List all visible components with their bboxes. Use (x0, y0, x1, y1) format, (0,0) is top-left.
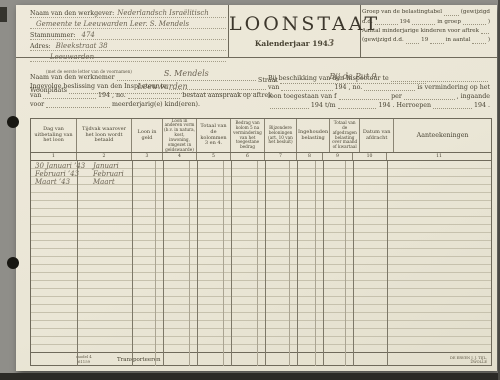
dotted-fill (339, 94, 390, 100)
dotted-fill (406, 38, 419, 44)
col-num: 5 (197, 153, 231, 160)
herroepen-d: Herroepen (397, 103, 432, 109)
stamnummer-line: Stamnummer: 474 (30, 30, 226, 40)
tax-line1: Groep van de belastingtabel (gewijzigd (362, 10, 490, 16)
herroepen-line: 194 t/m 194 . Herroepen 194 . (268, 103, 490, 109)
table-body-ruled-area: 30 Januari ’43 Januari Februari ’43 Febr… (31, 161, 491, 352)
entry-period: Februari (93, 170, 124, 178)
vermindering-line: van 194 , no. is vermindering op het (268, 85, 490, 91)
kinderen-pre: voor (30, 102, 44, 108)
col-header-special: Bijzondere beloningen (art. 10 van het b… (265, 119, 297, 152)
employer-name-line2: Gemeente te Leeuwarden Leer. S. Mendels (30, 19, 226, 29)
dotted-fill (128, 93, 181, 99)
inspecteur-label: Ingevolge beslissing van den Inspecteur … (30, 84, 167, 90)
scanned-document-scene: Naam van den werkgever: Nederlandsch Isr… (0, 0, 500, 380)
table-lower: 30 Januari ’43 Januari Februari ’43 Febr… (31, 161, 491, 366)
col-num: 6 (231, 153, 265, 160)
tax-line2-mid: 194 (400, 20, 411, 26)
table-column-line (231, 161, 232, 366)
cents-divider-line (223, 161, 224, 366)
vermindering-post: is vermindering op het (417, 85, 490, 91)
table-column-line (265, 161, 266, 366)
wage-table: Dag van uitbetaling van het loon Tijdvak… (30, 118, 492, 366)
tax-line4-pre: (gewijzigd d.d. (362, 38, 404, 44)
stamnummer-value: 474 (81, 32, 94, 39)
col-header-wage-money: Loon in geld (132, 119, 163, 152)
dotted-fill (412, 19, 435, 25)
loon-pre: loon toegestaan van f (268, 94, 337, 100)
tax-line2-post: in groep (437, 20, 461, 26)
col-header-withheld-tax: Ingehouden belasting (297, 119, 330, 152)
col-header-payday: Dag van uitbetaling van het loon (31, 119, 77, 152)
tax-line3-label: Aantal minderjarige kinderen voor aftrek (362, 29, 479, 35)
calendar-year-label: Kalenderjaar 194 (255, 39, 328, 48)
dotted-fill (481, 28, 489, 34)
aanspraak-pre: van (30, 93, 41, 99)
table-column-line (77, 161, 78, 366)
adres-label: Adres: (30, 44, 51, 50)
entry-payday: Februari ’43 (35, 170, 79, 178)
kinderen-line: voor meerderjarig(e) kind(eren). (30, 102, 200, 108)
herroepen-a: 194 (311, 103, 323, 109)
adres-value: Bleekstraat 38 (56, 43, 108, 50)
dotted-fill (338, 103, 377, 109)
col-header-tax-total: Totaal van de afgedragen belasting over … (330, 119, 360, 152)
beschikking-line: Bij beschikking van den Inspecteur te (268, 76, 490, 82)
wage-table-header: Dag van uitbetaling van het loon Tijdvak… (31, 119, 491, 153)
col-num: 3 (132, 153, 163, 160)
title-block: LOONSTAAT Kalenderjaar 1943 (228, 5, 361, 58)
employer-block: Naam van den werkgever: Nederlandsch Isr… (30, 8, 226, 63)
loon-post: , ingaande (457, 94, 490, 100)
cents-divider-line (345, 161, 346, 366)
table-column-line (163, 161, 164, 366)
adres-line: Adres: Bleekstraat 38 (30, 41, 226, 51)
tax-line2-close: ) (488, 20, 490, 26)
dotted-fill (364, 85, 415, 91)
scan-edge-shadow (0, 373, 500, 380)
printer-line2: ZWOLLE (450, 360, 487, 364)
dotted-fill (463, 19, 486, 25)
table-column-line (387, 161, 388, 366)
tax-line3: Aantal minderjarige kinderen voor aftrek (362, 28, 490, 34)
table-column-line (353, 161, 354, 366)
employer-name-line: Naam van den werkgever: Nederlandsch Isr… (30, 8, 226, 18)
dotted-fill (444, 10, 459, 16)
col-num: 9 (323, 153, 353, 160)
herroepen-e: 194 . (474, 103, 490, 109)
table-column-line (132, 161, 133, 366)
herroepen-b: t/m (325, 103, 336, 109)
cents-divider-line (289, 161, 290, 366)
col-num: 2 (77, 153, 132, 160)
column-number-row: 1 2 3 4 5 6 7 8 9 10 11 (31, 153, 491, 161)
table-row: Maart ’43 Maart (31, 178, 491, 187)
tax-line4-post: in aantal (446, 38, 471, 44)
col-num: 7 (265, 153, 297, 160)
employer-name-value2: Gemeente te Leeuwarden Leer. S. Mendels (36, 21, 189, 28)
transport-row: model 4 61159 Transporteeren DE ERVEN J.… (31, 352, 491, 366)
aanspraak-mid: 194 , no. (98, 93, 126, 99)
col-num: 8 (297, 153, 323, 160)
tax-line1-label: Groep van de belastingtabel (362, 10, 442, 16)
col-num: 10 (353, 153, 387, 160)
entry-period: Januari (93, 162, 119, 170)
inspecteur-line: Ingevolge beslissing van den Inspecteur … (30, 84, 268, 90)
col-num: 4 (163, 153, 197, 160)
tax-line1-post: (gewijzigd (461, 10, 490, 16)
vermindering-mid: 194 , no. (335, 85, 363, 91)
col-num: 11 (387, 153, 491, 160)
entry-payday: Maart ’43 (35, 178, 70, 186)
herroepen-c: 194 . (378, 103, 394, 109)
tax-line2-pre: d.d. (362, 20, 373, 26)
dotted-fill (391, 76, 488, 82)
form-code-line2: 61159 (65, 360, 103, 365)
dotted-fill (430, 38, 443, 44)
employer-name-label: Naam van den werkgever: (30, 11, 114, 17)
dotted-fill (270, 103, 309, 109)
scan-corner-mark (0, 7, 7, 22)
dotted-fill (43, 93, 96, 99)
table-column-line (297, 161, 298, 366)
aanspraak-post: bestaat aanspraak op aftrek (182, 93, 272, 99)
table-column-line (323, 161, 324, 366)
tax-line4-mid: 19 (421, 38, 428, 44)
table-column-line (197, 161, 198, 366)
dotted-fill (472, 38, 485, 44)
vermindering-pre: van (268, 85, 279, 91)
dotted-fill (404, 94, 455, 100)
entry-period: Maart (93, 178, 115, 186)
form-code: model 4 61159 (65, 355, 103, 364)
tax-line2: d.d. 194 in groep ) (362, 19, 490, 25)
col-num: 1 (31, 153, 77, 160)
dotted-fill (375, 19, 398, 25)
printer-imprint: DE ERVEN J. J. TIJL, ZWOLLE (450, 356, 487, 365)
col-header-payment-date: Datum van afdracht (360, 119, 394, 152)
employee-section: Naam van den werknemer S. Mendels (met d… (16, 58, 497, 118)
stamnummer-label: Stamnummer: (30, 33, 75, 39)
tax-line4-close: ) (488, 38, 490, 44)
calendar-year-value: 3 (328, 39, 334, 49)
dotted-fill (46, 102, 110, 108)
tax-line4: (gewijzigd d.d. 19 in aantal ) (362, 38, 490, 44)
beschikking-label: Bij beschikking van den Inspecteur te (268, 76, 389, 82)
punch-hole (7, 257, 19, 269)
loon-mid: per (391, 94, 402, 100)
loon-toegestaan-line: loon toegestaan van f per , ingaande (268, 94, 490, 100)
loonstaat-form-paper: Naam van den werkgever: Nederlandsch Isr… (16, 5, 497, 371)
tax-group-block: Groep van de belastingtabel (gewijzigd d… (362, 10, 490, 47)
aanspraak-line: van 194 , no. bestaat aanspraak op aftre… (30, 93, 272, 99)
kinderen-post: meerderjarig(e) kind(eren). (112, 102, 200, 108)
col-header-period: Tijdvak waarover het loon wordt betaald (77, 119, 132, 152)
col-header-wage-other: Loon in anderen vorm (b.v. in natura, ko… (163, 119, 197, 152)
dotted-fill (169, 84, 266, 90)
form-title: LOONSTAAT (229, 13, 360, 35)
cents-divider-line (155, 161, 156, 366)
cents-divider-line (189, 161, 190, 366)
dotted-fill (433, 103, 472, 109)
employer-name-value: Nederlandsch Israëlitisch (117, 10, 208, 17)
cents-divider-line (257, 161, 258, 366)
calendar-year-line: Kalenderjaar 1943 (229, 39, 360, 49)
col-header-after-reduction: Bedrag van kolom 5 na vermindering van h… (231, 119, 265, 152)
dotted-fill (281, 85, 332, 91)
form-header: Naam van den werkgever: Nederlandsch Isr… (16, 5, 497, 58)
col-header-total: Totaal van de kolommen 3 en 4. (197, 119, 231, 152)
col-header-notes: Aanteekeningen (394, 119, 491, 152)
punch-hole (7, 116, 19, 128)
cents-divider-line (315, 161, 316, 366)
